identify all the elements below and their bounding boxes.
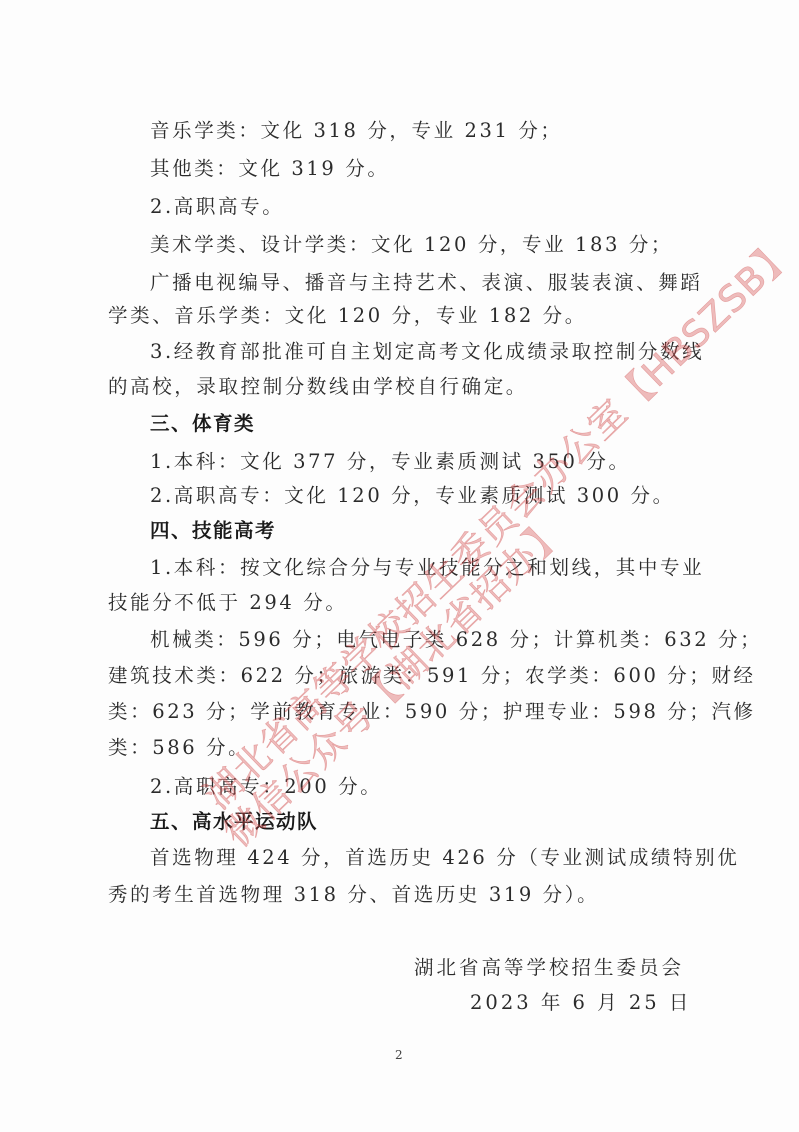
body-line-music: 音乐学类：文化 318 分，专业 231 分； <box>150 113 698 149</box>
section-heading-sports: 三、体育类 <box>150 406 698 442</box>
body-line-skills-vocational: 2.高职高专：200 分。 <box>150 769 698 805</box>
body-line-other: 其他类：文化 319 分。 <box>150 151 698 187</box>
body-line-skills-scores-4: 类：586 分。 <box>108 730 698 766</box>
body-line-athletics: 首选物理 424 分，首选历史 426 分（专业测试成绩特别优 <box>150 840 698 876</box>
body-line-skills-undergrad: 1.本科：按文化综合分与专业技能分之和划线，其中专业 <box>150 550 698 586</box>
signature-organization: 湖北省高等学校招生委员会 <box>414 950 684 986</box>
body-line-broadcast: 广播电视编导、播音与主持艺术、表演、服装表演、舞蹈 <box>150 265 698 301</box>
body-line-athletics-cont: 秀的考生首选物理 318 分、首选历史 319 分）。 <box>108 877 698 913</box>
body-line-skills-scores-1: 机械类：596 分；电气电子类 628 分；计算机类：632 分； <box>150 622 698 658</box>
body-line-autonomous: 3.经教育部批准可自主划定高考文化成绩录取控制分数线 <box>150 334 698 370</box>
body-line-skills-scores-3: 类：623 分；学前教育专业：590 分；护理专业：598 分；汽修 <box>108 694 698 730</box>
document-page: 音乐学类：文化 318 分，专业 231 分； 其他类：文化 319 分。 2.… <box>0 0 799 1132</box>
section-heading-skills: 四、技能高考 <box>150 513 698 549</box>
body-line-skills-undergrad-cont: 技能分不低于 294 分。 <box>108 585 698 621</box>
page-number: 2 <box>395 1048 403 1062</box>
signature-date: 2023 年 6 月 25 日 <box>470 985 691 1021</box>
body-line-sports-vocational: 2.高职高专：文化 120 分，专业素质测试 300 分。 <box>150 478 698 514</box>
body-line-broadcast-cont: 学类、音乐学类：文化 120 分，专业 182 分。 <box>108 298 698 334</box>
body-line-art-design: 美术学类、设计学类：文化 120 分，专业 183 分； <box>150 227 698 263</box>
body-line-sports-undergrad: 1.本科：文化 377 分，专业素质测试 350 分。 <box>150 444 698 480</box>
body-line-skills-scores-2: 建筑技术类：622 分；旅游类：591 分；农学类：600 分；财经 <box>108 658 698 694</box>
body-line-vocational-title: 2.高职高专。 <box>150 189 698 225</box>
body-line-autonomous-cont: 的高校，录取控制分数线由学校自行确定。 <box>108 369 698 405</box>
section-heading-athletics: 五、高水平运动队 <box>150 804 698 840</box>
